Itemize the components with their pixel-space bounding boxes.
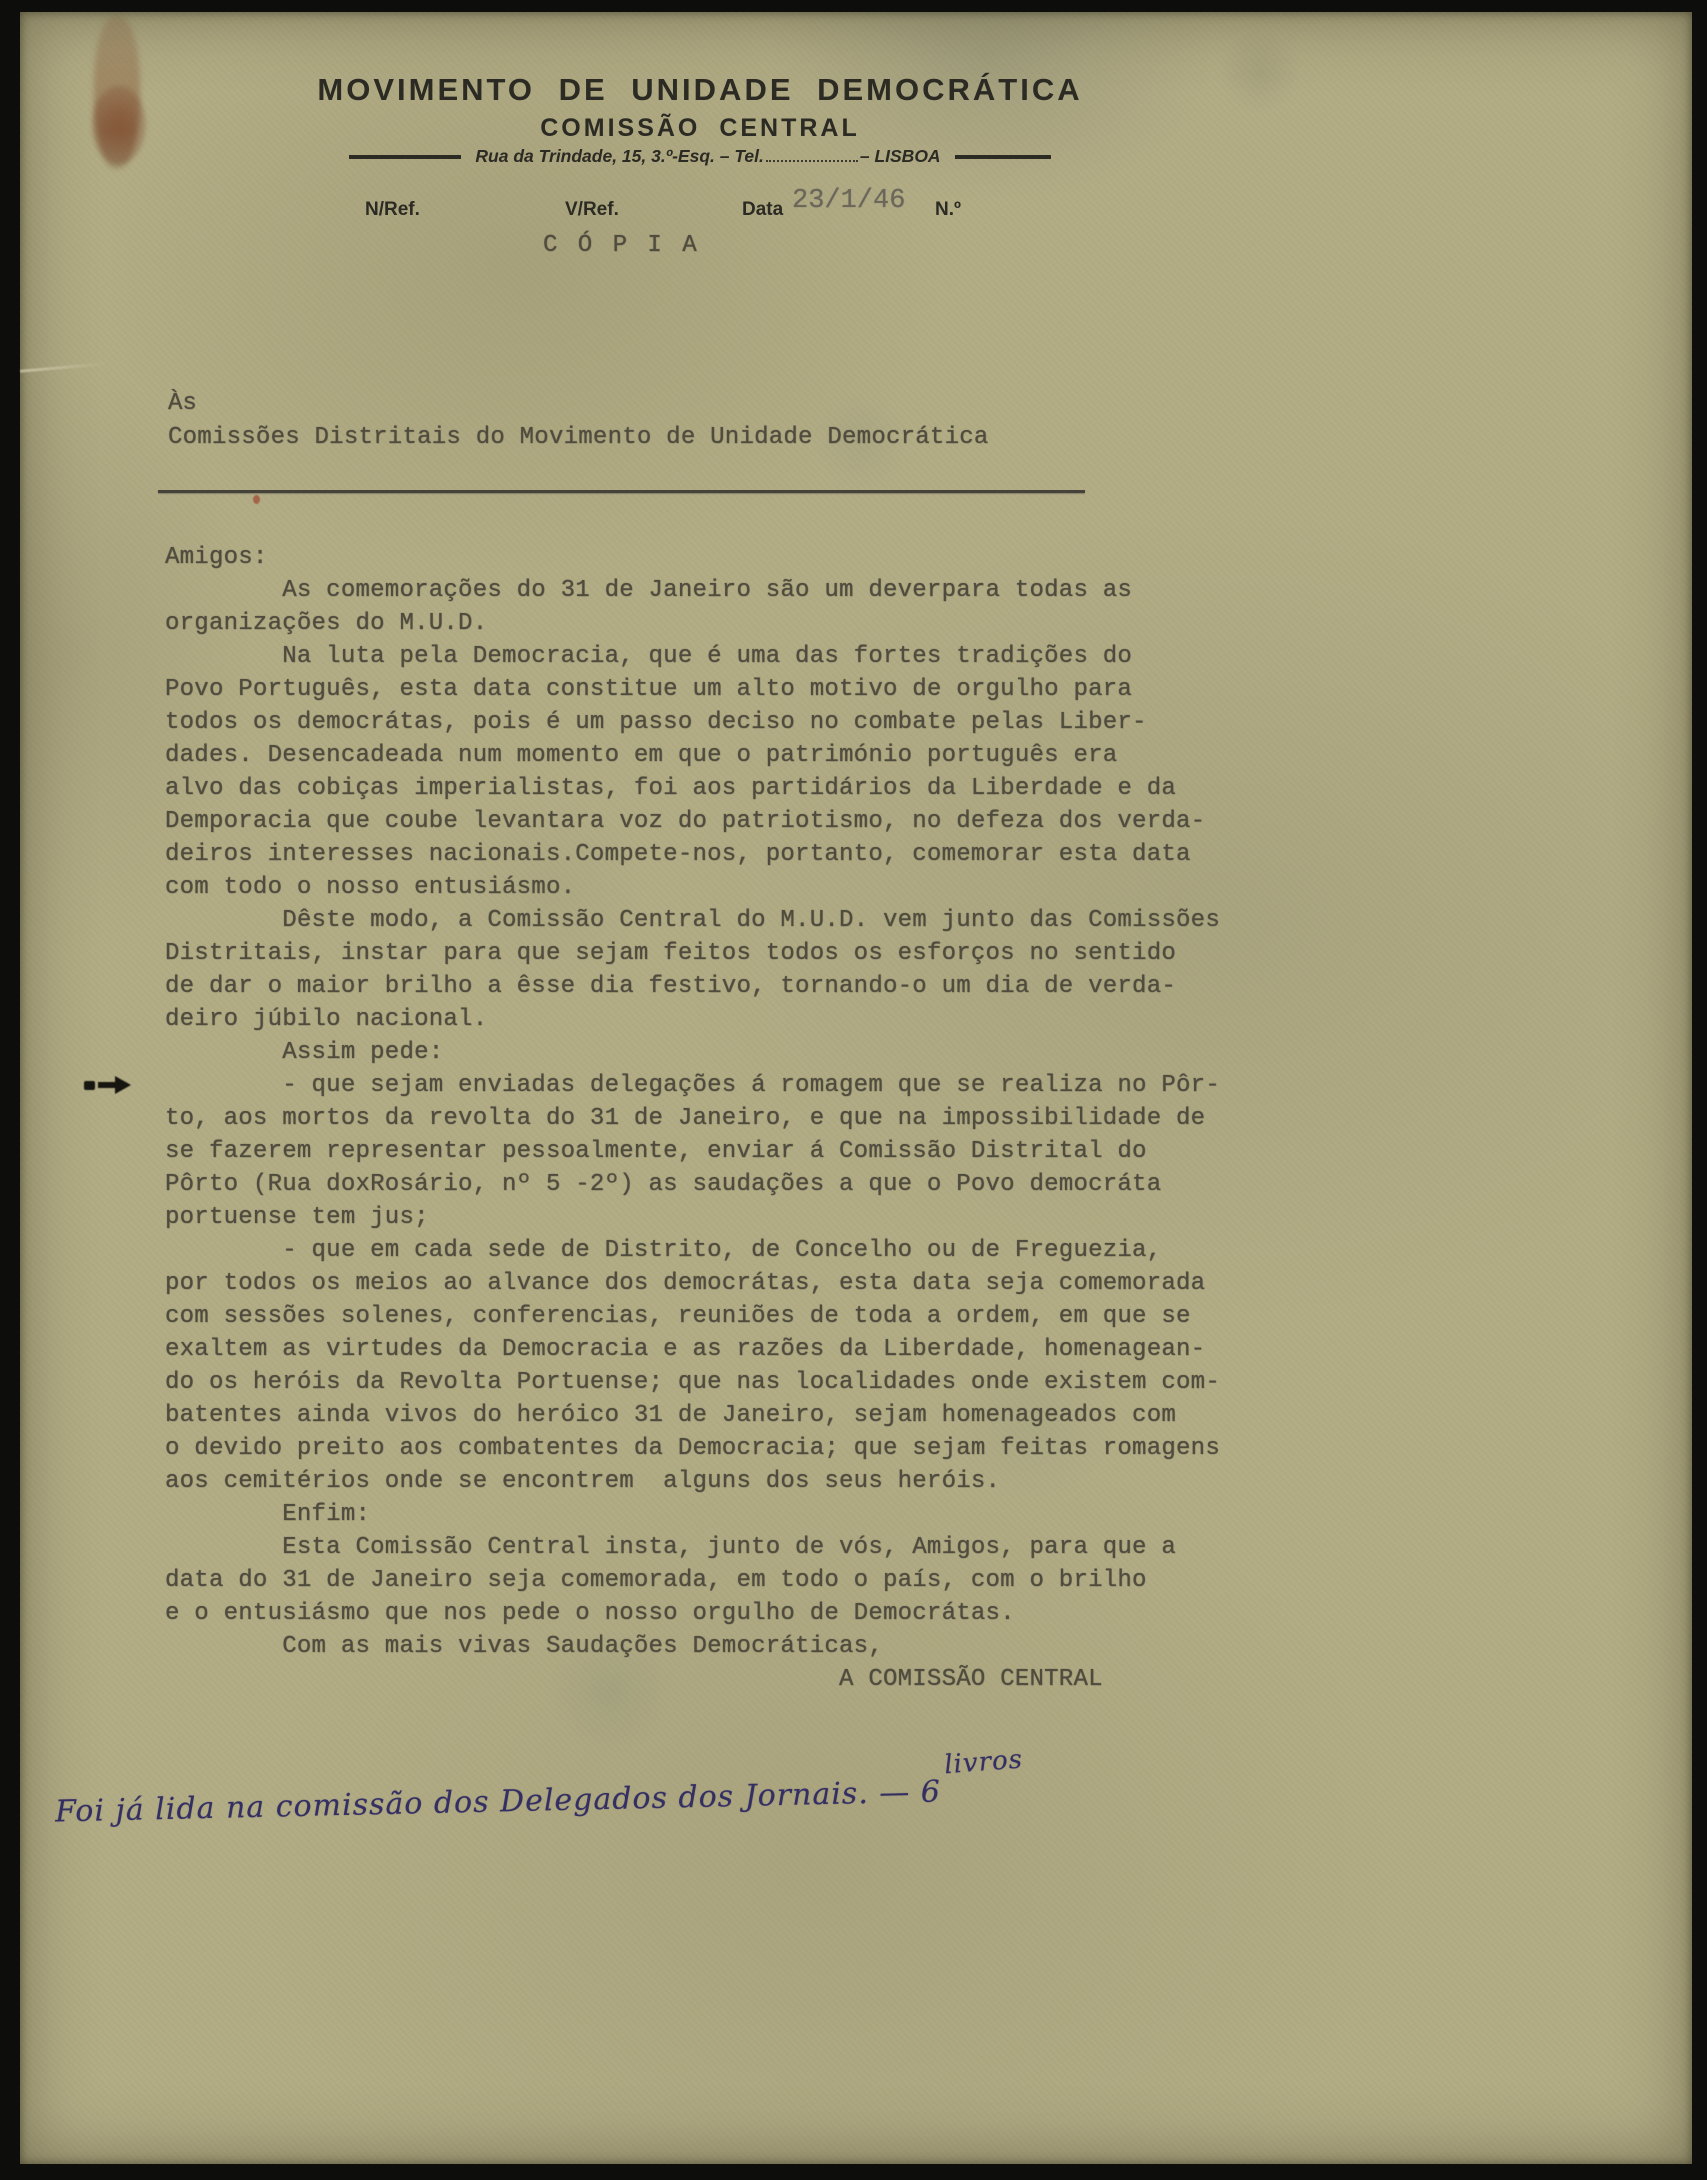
typewritten-line: data do 31 de Janeiro seja comemorada, e… (165, 1564, 1220, 1597)
arrow-shaft (98, 1082, 115, 1088)
typewritten-line: Distritais, instar para que sejam feitos… (165, 937, 1220, 970)
typewritten-line: deiros interesses nacionais.Compete-nos,… (165, 838, 1220, 871)
typewritten-line: e o entusiásmo que nos pede o nosso orgu… (165, 1597, 1220, 1630)
typewritten-line: organizações do M.U.D. (165, 607, 1220, 640)
typewritten-line: Pôrto (Rua doxRosário, nº 5 -2º) as saud… (165, 1168, 1220, 1201)
typewritten-line: Na luta pela Democracia, que é uma das f… (165, 640, 1220, 673)
typewritten-line: exaltem as virtudes da Democracia e as r… (165, 1333, 1220, 1366)
typewritten-line: o devido preito aos combatentes da Democ… (165, 1432, 1220, 1465)
address-prefix: Rua da Trindade, 15, 3.º-Esq. – Tel. (475, 146, 763, 166)
typewritten-line: to, aos mortos da revolta do 31 de Janei… (165, 1102, 1220, 1135)
typewritten-line: - que em cada sede de Distrito, de Conce… (165, 1234, 1220, 1267)
red-ink-dot (253, 495, 260, 504)
typewritten-line: Povo Português, esta data constitue um a… (165, 673, 1220, 706)
paper-stain-blob (92, 86, 146, 164)
number-label: N.º (935, 199, 961, 221)
typewritten-line: deiro júbilo nacional. (165, 1003, 1220, 1036)
typewritten-line: todos os democrátas, pois é um passo dec… (165, 706, 1220, 739)
copy-label: C Ó P I A (543, 232, 700, 259)
typewritten-line: Enfim: (165, 1498, 1220, 1531)
v-ref-label: V/Ref. (565, 199, 619, 221)
divider-rule (158, 490, 1085, 493)
typewritten-line: As comemorações do 31 de Janeiro são um … (165, 574, 1220, 607)
letterhead-address-row: Rua da Trindade, 15, 3.º-Esq. – Tel.– LI… (160, 146, 1240, 167)
typewritten-line: portuense tem jus; (165, 1201, 1220, 1234)
letterhead-subtitle: COMISSÃO CENTRAL (160, 114, 1240, 143)
addressee-line-2: Comissões Distritais do Movimento de Uni… (168, 424, 989, 451)
date-value: 23/1/46 (792, 186, 905, 216)
typewritten-line: Amigos: (165, 541, 1220, 574)
typewritten-line: Com as mais vivas Saudações Democráticas… (165, 1630, 1220, 1663)
telephone-blank-line (766, 148, 858, 162)
typewritten-line: Assim pede: (165, 1036, 1220, 1069)
typewritten-line: com sessões solenes, conferencias, reuni… (165, 1300, 1220, 1333)
arrow-head (115, 1076, 131, 1094)
margin-arrow-icon (84, 1076, 131, 1094)
typewritten-line: A COMISSÃO CENTRAL (165, 1663, 1220, 1696)
address-suffix: – LISBOA (860, 146, 941, 166)
typewritten-line: Demporacia que coube levantara voz do pa… (165, 805, 1220, 838)
address-rule-left (349, 155, 461, 159)
typewritten-line: por todos os meios ao alvance dos democr… (165, 1267, 1220, 1300)
address-rule-right (955, 155, 1051, 159)
typewritten-line: dades. Desencadeada num momento em que o… (165, 739, 1220, 772)
letterhead-address: Rua da Trindade, 15, 3.º-Esq. – Tel.– LI… (475, 146, 940, 167)
addressee-line-1: Às (168, 390, 197, 417)
n-ref-label: N/Ref. (365, 199, 420, 221)
handwritten-note-superscript: livros (943, 1744, 1024, 1780)
typewritten-line: Esta Comissão Central insta, junto de vó… (165, 1531, 1220, 1564)
typewritten-line: batentes ainda vivos do heróico 31 de Ja… (165, 1399, 1220, 1432)
date-label: Data (742, 199, 783, 221)
typewritten-line: - que sejam enviadas delegações á romage… (165, 1069, 1220, 1102)
letterhead-title: MOVIMENTO DE UNIDADE DEMOCRÁTICA (160, 72, 1240, 108)
typewritten-line: aos cemitérios onde se encontrem alguns … (165, 1465, 1220, 1498)
typewritten-line: de dar o maior brilho a êsse dia festivo… (165, 970, 1220, 1003)
scanned-document: MOVIMENTO DE UNIDADE DEMOCRÁTICA COMISSÃ… (0, 0, 1707, 2180)
typewritten-line: Dêste modo, a Comissão Central do M.U.D.… (165, 904, 1220, 937)
typewritten-line: alvo das cobiças imperialistas, foi aos … (165, 772, 1220, 805)
typewritten-line: com todo o nosso entusiásmo. (165, 871, 1220, 904)
typewritten-line: do os heróis da Revolta Portuense; que n… (165, 1366, 1220, 1399)
arrow-tail-dot (84, 1081, 95, 1090)
typewritten-line: se fazerem representar pessoalmente, env… (165, 1135, 1220, 1168)
typewritten-body: Amigos: As comemorações do 31 de Janeiro… (165, 541, 1220, 1696)
